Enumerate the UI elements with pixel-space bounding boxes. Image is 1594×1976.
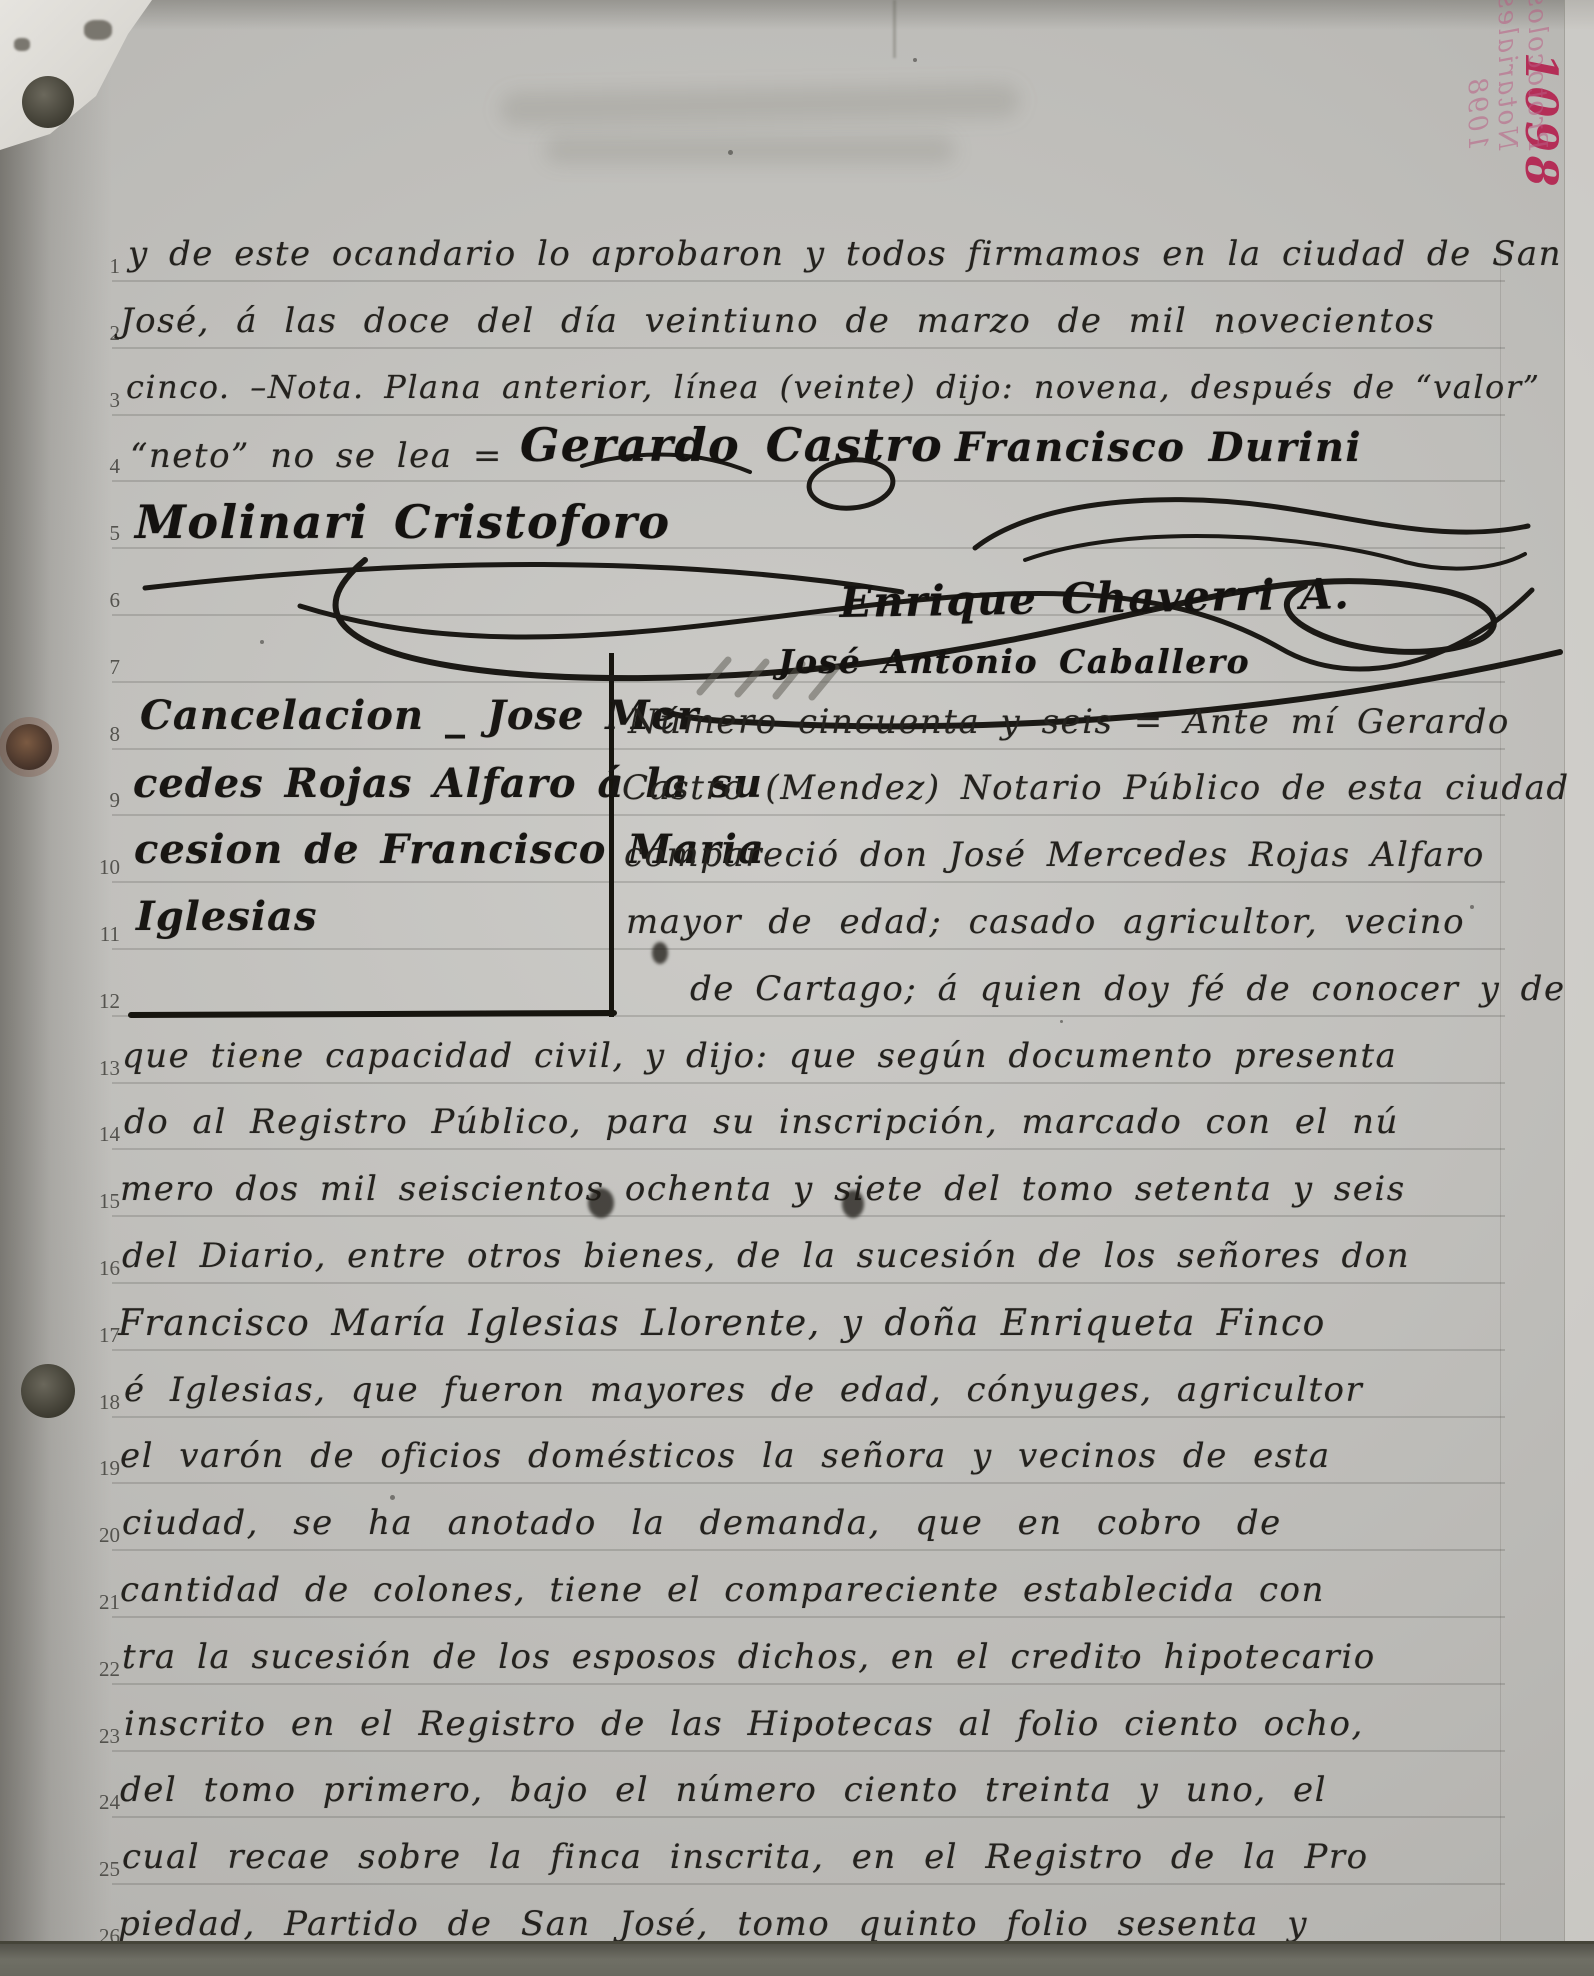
handwritten-line-11: mayor de edad; casado agricultor, vecino (626, 902, 1465, 942)
hole-punch-middle (6, 724, 52, 770)
top-crease (893, 0, 896, 58)
margin-note-line-1: Cancelacion _ Jose Mer (140, 692, 699, 739)
ink-blot (588, 1188, 614, 1218)
dust-speck (728, 150, 733, 155)
corner-smudge (84, 20, 112, 40)
ruled-line (112, 1416, 1505, 1418)
ruled-line (112, 1549, 1505, 1551)
handwritten-line-15: mero dos mil seiscientos ochenta y siete… (120, 1169, 1406, 1209)
handwritten-line-23: inscrito en el Registro de las Hipotecas… (124, 1704, 1364, 1744)
ruled-line (112, 948, 1505, 950)
ruled-line (112, 1349, 1505, 1351)
ruled-line (112, 480, 1505, 482)
ruled-line (112, 1683, 1505, 1685)
ruled-line (112, 881, 1505, 883)
ruled-line (112, 1883, 1505, 1885)
signature-jose-antonio-caballero: José Antonio Caballero (778, 642, 1250, 681)
dust-speck (1060, 1020, 1063, 1023)
handwritten-line-19: el varón de oficios domésticos la señora… (120, 1436, 1331, 1476)
signature-francisco-durini: Francisco Durini (955, 424, 1362, 471)
archive-edge-stamp: Protocolos Notariales, 1098 (1462, 0, 1552, 150)
handwritten-line-17: Francisco María Iglesias Llorente, y doñ… (118, 1303, 1326, 1344)
ruled-line (112, 280, 1505, 282)
handwritten-line-1: y de este ocandario lo aprobaron y todos… (128, 234, 1562, 274)
ruled-line (112, 748, 1505, 750)
ruled-line (112, 1215, 1505, 1217)
handwritten-line-18: é Iglesias, que fueron mayores de edad, … (124, 1370, 1363, 1410)
scanned-notarial-register-page: 1234567891011121314151617181920212223242… (0, 0, 1594, 1976)
handwritten-line-2: José, á las doce del día veintiuno de ma… (120, 301, 1435, 341)
handwritten-line-20: ciudad, se ha anotado la demanda, que en… (122, 1503, 1282, 1543)
scanner-bed-band (0, 1941, 1594, 1976)
dust-speck (1120, 1655, 1124, 1659)
handwritten-line-26: piedad, Partido de San José, tomo quinto… (118, 1904, 1308, 1944)
handwritten-line-3: cinco. –Nota. Plana anterior, línea (vei… (126, 368, 1540, 406)
ruled-line (112, 814, 1505, 816)
handwritten-line-12: de Cartago; á quien doy fé de conocer y … (690, 969, 1566, 1009)
signature-enrique-chaverri: Enrique Chaverri A. (839, 569, 1351, 627)
dust-speck (1240, 330, 1244, 334)
handwritten-line-10: compareció don José Mercedes Rojas Alfar… (624, 835, 1485, 875)
corner-smudge (14, 38, 30, 51)
handwritten-line-22: tra la sucesión de los esposos dichos, e… (122, 1637, 1376, 1677)
handwritten-line-24: del tomo primero, bajo el número ciento … (120, 1770, 1327, 1810)
right-margin-rule (1500, 250, 1501, 1950)
ruled-line (112, 1750, 1505, 1752)
left-edge-shadow (0, 0, 112, 1976)
paper-fleck (258, 1056, 264, 1062)
right-paper-edge (1564, 0, 1594, 1976)
handwritten-line-9: Castro (Mendez) Notario Público de esta … (622, 768, 1570, 808)
hole-punch-top (22, 76, 74, 128)
ruled-line (112, 681, 1505, 683)
ruled-line (112, 1082, 1505, 1084)
margin-box-bottom-line (128, 1010, 617, 1018)
bleedthrough-ghost-text (545, 136, 955, 164)
ruled-line (112, 1816, 1505, 1818)
handwritten-line-4: “neto” no se lea = (130, 436, 503, 476)
handwritten-line-21: cantidad de colones, tiene el comparecie… (120, 1570, 1325, 1610)
ruled-line (112, 1482, 1505, 1484)
handwritten-line-8: Número cincuenta y seis = Ante mí Gerard… (628, 702, 1510, 742)
ruled-line (112, 414, 1505, 416)
hole-punch-bottom (21, 1364, 75, 1418)
handwritten-line-14: do al Registro Público, para su inscripc… (124, 1102, 1399, 1142)
dust-speck (1470, 905, 1474, 909)
bleedthrough-ghost-text (500, 83, 1021, 126)
signature-gerardo-castro: Gerardo Castro (520, 418, 943, 472)
margin-note-line-4: Iglesias (136, 893, 317, 940)
ink-blot (842, 1190, 864, 1218)
handwritten-line-25: cual recae sobre la finca inscrita, en e… (122, 1837, 1369, 1877)
dust-speck (913, 58, 917, 62)
dust-speck (390, 1495, 395, 1500)
ruled-line (112, 347, 1505, 349)
ruled-line (112, 1616, 1505, 1618)
handwritten-line-13: que tiene capacidad civil, y dijo: que s… (122, 1036, 1397, 1076)
handwritten-line-16: del Diario, entre otros bienes, de la su… (122, 1236, 1410, 1276)
top-edge-shadow (0, 0, 1594, 30)
dust-speck (260, 640, 264, 644)
ruled-line (112, 1148, 1505, 1150)
ruled-line (112, 1282, 1505, 1284)
ink-blot (652, 942, 668, 964)
signature-molinari-cristoforo: Molinari Cristoforo (135, 495, 671, 549)
